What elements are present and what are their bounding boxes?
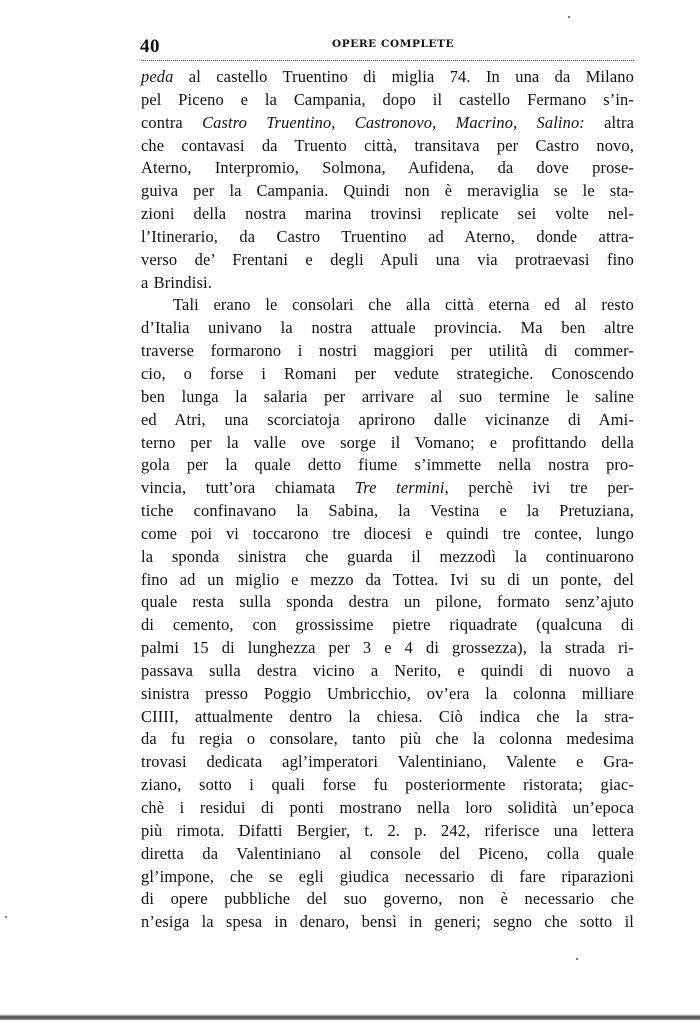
line-text: cio, o forse i Romani per vedute strateg… (141, 364, 634, 383)
scan-bottom-edge (0, 1014, 700, 1020)
scan-speck (568, 16, 570, 18)
line-text: più rimota. Difatti Bergier, t. 2. p. 24… (141, 821, 634, 840)
text-line: verso de’ Frentani e degli Apuli una via… (141, 249, 634, 272)
line-text: altra (585, 113, 634, 132)
text-line: contra Castro Truentino, Castronovo, Mac… (141, 112, 634, 135)
line-text: Aterno, Interpromio, Solmona, Aufidena, … (141, 158, 634, 177)
line-text: la sponda sinistra che guarda il mezzodì… (141, 547, 634, 566)
italic-text: Castro Truentino, Castronovo, Macrino, S… (202, 113, 585, 132)
text-line: più rimota. Difatti Bergier, t. 2. p. 24… (141, 820, 634, 843)
text-line: la sponda sinistra che guarda il mezzodì… (141, 546, 634, 569)
text-line: gl’impone, che se egli giudica necessari… (141, 866, 634, 889)
text-line: ed Atri, una scorciatoja aprirono dalle … (141, 409, 634, 432)
line-text: sinistra presso Poggio Umbricchio, ov’er… (141, 684, 634, 703)
text-line: a Brindisi. (141, 272, 634, 295)
text-line: sinistra presso Poggio Umbricchio, ov’er… (141, 683, 634, 706)
line-text: zioni della nostra marina trovinsi repli… (141, 204, 634, 223)
line-text: Tali erano le consolari che alla città e… (173, 295, 634, 314)
line-text: pel Piceno e la Campania, dopo il castel… (141, 90, 634, 109)
line-text: guiva per la Campania. Quindi non è mera… (141, 181, 634, 200)
text-line: diretta da Valentiniano al console del P… (141, 843, 634, 866)
text-line: Tali erano le consolari che alla città e… (141, 294, 634, 317)
text-line: guiva per la Campania. Quindi non è mera… (141, 180, 634, 203)
italic-text: peda (141, 67, 173, 86)
line-text: palmi 15 di lunghezza per 3 e 4 di gross… (141, 638, 634, 657)
line-text: che contavasi da Truento città, transita… (141, 136, 634, 155)
header-rule (141, 60, 634, 61)
line-text: verso de’ Frentani e degli Apuli una via… (141, 250, 634, 269)
text-line: n’esiga la spesa in denaro, bensì in gen… (141, 911, 634, 934)
line-text: a Brindisi. (141, 273, 212, 292)
line-text: di cemento, con grossissime pietre riqua… (141, 615, 634, 634)
line-text: passava sulla destra vicino a Nerito, e … (141, 661, 634, 680)
text-line: di cemento, con grossissime pietre riqua… (141, 614, 634, 637)
running-head: OPERE COMPLETE (332, 38, 454, 50)
line-text: traverse formarono i nostri maggiori per… (141, 341, 634, 360)
line-text: terno per la valle ove sorge il Vomano; … (141, 433, 634, 452)
line-text: al castello Truentino di miglia 74. In u… (173, 67, 634, 86)
line-text: ed Atri, una scorciatoja aprirono dalle … (141, 410, 634, 429)
italic-text: Tre termini (355, 478, 445, 497)
text-line: ben lunga la salaria per arrivare al suo… (141, 386, 634, 409)
line-text: chè i residui di ponti mostrano nella lo… (141, 798, 634, 817)
text-line: passava sulla destra vicino a Nerito, e … (141, 660, 634, 683)
line-text: di opere pubbliche del suo governo, non … (141, 889, 634, 908)
scan-speck (5, 916, 7, 918)
line-text: ben lunga la salaria per arrivare al suo… (141, 387, 634, 406)
text-line: Aterno, Interpromio, Solmona, Aufidena, … (141, 157, 634, 180)
text-line: come poi vi toccarono tre diocesi e quin… (141, 523, 634, 546)
text-line: chè i residui di ponti mostrano nella lo… (141, 797, 634, 820)
line-text: gl’impone, che se egli giudica necessari… (141, 867, 634, 886)
text-line: peda al castello Truentino di miglia 74.… (141, 66, 634, 89)
line-text: l’Itinerario, da Castro Truentino ad Ate… (141, 227, 634, 246)
text-line: ziano, sotto i quali forse fu posteriorm… (141, 774, 634, 797)
text-line: vincia, tutt’ora chiamata Tre termini, p… (141, 477, 634, 500)
line-text: diretta da Valentiniano al console del P… (141, 844, 634, 863)
text-line: CIIII, attualmente dentro la chiesa. Ciò… (141, 706, 634, 729)
text-line: traverse formarono i nostri maggiori per… (141, 340, 634, 363)
text-line: palmi 15 di lunghezza per 3 e 4 di gross… (141, 637, 634, 660)
text-line: trovasi dedicata agl’imperatori Valentin… (141, 751, 634, 774)
text-line: zioni della nostra marina trovinsi repli… (141, 203, 634, 226)
text-line: di opere pubbliche del suo governo, non … (141, 888, 634, 911)
line-text: fino ad un miglio e mezzo da Tottea. Ivi… (141, 570, 634, 589)
text-line: fino ad un miglio e mezzo da Tottea. Ivi… (141, 569, 634, 592)
line-text: ziano, sotto i quali forse fu posteriorm… (141, 775, 634, 794)
text-line: da fu regia o consolare, tanto più che l… (141, 728, 634, 751)
text-line: pel Piceno e la Campania, dopo il castel… (141, 89, 634, 112)
text-line: quale resta sulla sponda destra un pilon… (141, 591, 634, 614)
line-text: gola per la quale detto fiume s’immette … (141, 455, 634, 474)
line-text: vincia, tutt’ora chiamata (141, 478, 355, 497)
page-number: 40 (140, 36, 160, 58)
text-line: cio, o forse i Romani per vedute strateg… (141, 363, 634, 386)
line-text: , perchè ivi tre per- (445, 478, 634, 497)
line-text: n’esiga la spesa in denaro, bensì in gen… (141, 912, 634, 931)
text-line: gola per la quale detto fiume s’immette … (141, 454, 634, 477)
text-line: l’Itinerario, da Castro Truentino ad Ate… (141, 226, 634, 249)
line-text: quale resta sulla sponda destra un pilon… (141, 592, 634, 611)
text-line: che contavasi da Truento città, transita… (141, 135, 634, 158)
text-line: d’Italia univano la nostra attuale provi… (141, 317, 634, 340)
line-text: tiche confinavano la Sabina, la Vestina … (141, 501, 634, 520)
line-text: d’Italia univano la nostra attuale provi… (141, 318, 634, 337)
text-line: tiche confinavano la Sabina, la Vestina … (141, 500, 634, 523)
line-text: da fu regia o consolare, tanto più che l… (141, 729, 634, 748)
line-text: come poi vi toccarono tre diocesi e quin… (141, 524, 634, 543)
line-text: trovasi dedicata agl’imperatori Valentin… (141, 752, 634, 771)
body-text: peda al castello Truentino di miglia 74.… (141, 66, 634, 934)
line-text: CIIII, attualmente dentro la chiesa. Ciò… (141, 707, 634, 726)
line-text: contra (141, 113, 202, 132)
text-line: terno per la valle ove sorge il Vomano; … (141, 432, 634, 455)
scan-speck (576, 958, 578, 960)
